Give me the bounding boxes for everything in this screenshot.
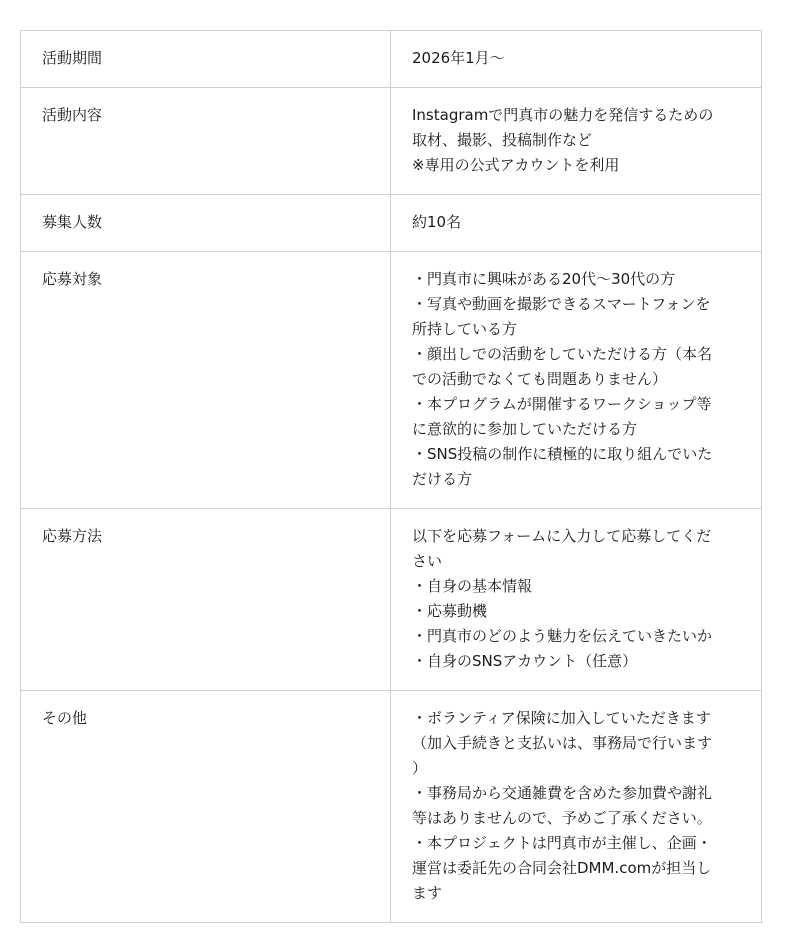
row-value: ・ボランティア保険に加入していただきます （加入手続きと支払いは、事務局で行いま…	[391, 691, 762, 923]
value-line: ・写真や動画を撮影できるスマートフォンを	[412, 292, 741, 317]
value-line: ・ボランティア保険に加入していただきます	[412, 706, 741, 731]
value-line: ・応募動機	[412, 599, 741, 624]
value-line: ・門真市のどのよう魅力を伝えていきたいか	[412, 624, 741, 649]
value-line: ・SNS投稿の制作に積極的に取り組んでいた	[412, 442, 741, 467]
table-row-recruitment-count: 募集人数 約10名	[21, 195, 762, 252]
value-line: 所持している方	[412, 317, 741, 342]
value-line: ・自身の基本情報	[412, 574, 741, 599]
table-row-activity-content: 活動内容 Instagramで門真市の魅力を発信するための 取材、撮影、投稿制作…	[21, 88, 762, 195]
row-label: その他	[21, 691, 391, 923]
value-line: 約10名	[412, 210, 741, 235]
row-value: 2026年1月〜	[391, 31, 762, 88]
table-row-other: その他 ・ボランティア保険に加入していただきます （加入手続きと支払いは、事務局…	[21, 691, 762, 923]
value-line: 運営は委託先の合同会社DMM.comが担当し	[412, 856, 741, 881]
value-line: 2026年1月〜	[412, 46, 741, 71]
info-table-container: 活動期間 2026年1月〜 活動内容 Instagramで門真市の魅力を発信する…	[20, 30, 762, 923]
value-line: （加入手続きと支払いは、事務局で行います	[412, 731, 741, 756]
value-line: さい	[412, 549, 741, 574]
row-label: 募集人数	[21, 195, 391, 252]
row-label: 活動内容	[21, 88, 391, 195]
row-label: 応募方法	[21, 509, 391, 691]
row-value: 以下を応募フォームに入力して応募してくだ さい ・自身の基本情報 ・応募動機 ・…	[391, 509, 762, 691]
value-line: Instagramで門真市の魅力を発信するための	[412, 103, 741, 128]
row-value: 約10名	[391, 195, 762, 252]
table-row-activity-period: 活動期間 2026年1月〜	[21, 31, 762, 88]
value-line: に意欲的に参加していただける方	[412, 417, 741, 442]
value-line: だける方	[412, 467, 741, 492]
row-label: 応募対象	[21, 252, 391, 509]
value-line: 等はありませんので、予めご了承ください。	[412, 806, 741, 831]
value-line: ）	[412, 756, 741, 781]
table-row-application-method: 応募方法 以下を応募フォームに入力して応募してくだ さい ・自身の基本情報 ・応…	[21, 509, 762, 691]
value-line: 以下を応募フォームに入力して応募してくだ	[412, 524, 741, 549]
row-value: Instagramで門真市の魅力を発信するための 取材、撮影、投稿制作など ※専…	[391, 88, 762, 195]
value-line: ・本プログラムが開催するワークショップ等	[412, 392, 741, 417]
value-line: ・門真市に興味がある20代〜30代の方	[412, 267, 741, 292]
value-line: ・本プロジェクトは門真市が主催し、企画・	[412, 831, 741, 856]
value-line: ※専用の公式アカウントを利用	[412, 153, 741, 178]
value-line: ・自身のSNSアカウント（任意）	[412, 649, 741, 674]
row-value: ・門真市に興味がある20代〜30代の方 ・写真や動画を撮影できるスマートフォンを…	[391, 252, 762, 509]
value-line: 取材、撮影、投稿制作など	[412, 128, 741, 153]
value-line: ・顔出しでの活動をしていただける方（本名	[412, 342, 741, 367]
value-line: ます	[412, 881, 741, 906]
recruitment-info-table: 活動期間 2026年1月〜 活動内容 Instagramで門真市の魅力を発信する…	[20, 30, 762, 923]
row-label: 活動期間	[21, 31, 391, 88]
value-line: ・事務局から交通雑費を含めた参加費や謝礼	[412, 781, 741, 806]
table-row-eligibility: 応募対象 ・門真市に興味がある20代〜30代の方 ・写真や動画を撮影できるスマー…	[21, 252, 762, 509]
value-line: での活動でなくても問題ありません）	[412, 367, 741, 392]
